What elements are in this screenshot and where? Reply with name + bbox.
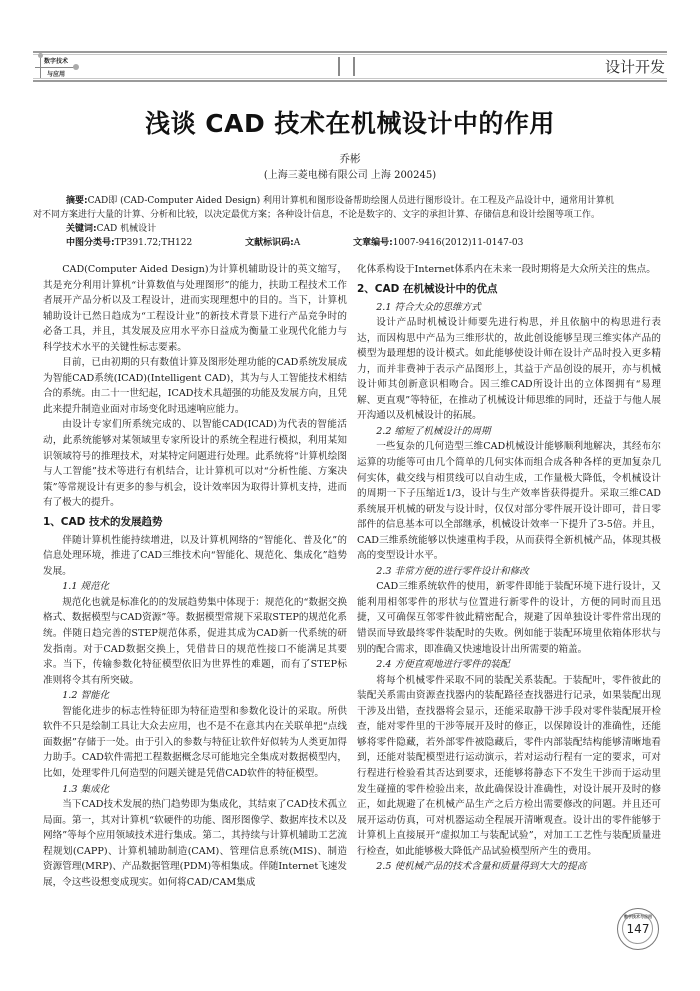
journal-name-line2: 与应用 [47, 69, 65, 78]
paragraph: 目前，已由初期的只有数值计算及图形处理功能的CAD系统发展成为智能CAD系统(I… [43, 355, 347, 417]
abstract-block: 摘要:CAD即 (CAD-Computer Aided Design) 利用计算… [33, 194, 667, 250]
paragraph: 当下CAD技术发展的热门趋势即为集成化，其结束了CAD技术孤立局面。第一，其对计… [43, 797, 347, 890]
body-column-left: CAD(Computer Aided Design)为计算机辅助设计的英文缩写，… [43, 262, 347, 890]
abstract-continued: 对不同方案进行大量的计算、分析和比较，以决定最优方案；各种设计信息，不论是数字的… [33, 208, 667, 222]
header-divider [338, 57, 340, 76]
keywords-text: CAD 机械设计 [97, 224, 156, 234]
clc-label: 中图分类号: [66, 238, 115, 248]
subsection-heading-1-1: 1.1 规范化 [43, 579, 347, 595]
article-title: 浅谈 CAD 技术在机械设计中的作用 [0, 104, 700, 140]
paragraph-continued: 化体系构设于Internet体系内在未来一段时期将是大众所关注的焦点。 [357, 262, 661, 278]
header-rule [33, 54, 667, 55]
subsection-heading-2-2: 2.2 缩短了机械设计的周期 [357, 424, 661, 440]
paragraph: CAD(Computer Aided Design)为计算机辅助设计的英文缩写，… [43, 262, 347, 355]
paragraph: 一些复杂的几何造型三维CAD机械设计能够顺利地解决，其经布尔运算的功能等可由几个… [357, 439, 661, 563]
subsection-heading-2-1: 2.1 符合大众的思维方式 [357, 300, 661, 316]
logo-dot-icon [38, 53, 43, 58]
paragraph: 智能化进步的标志性特征即为特征造型和参数化设计的采取。所供软件不只是绘制工具让大… [43, 704, 347, 782]
paragraph: CAD三维系统软件的使用，新零件即能于装配环境下进行设计，又能利用相邻零件的形状… [357, 579, 661, 657]
classification-row: 中图分类号:TP391.72;TH122 文献标识码:A 文章编号:1007-9… [33, 236, 667, 250]
abstract-label: 摘要: [66, 196, 88, 206]
page-number: 147 [618, 922, 658, 936]
doc-code-value: A [294, 238, 301, 248]
section-heading-2: 2、CAD 在机械设计中的优点 [357, 281, 661, 297]
affiliation: (上海三菱电梯有限公司 上海 200245) [0, 166, 700, 181]
keywords: 关键词:CAD 机械设计 [33, 222, 667, 236]
body-column-right: 化体系构设于Internet体系内在未来一段时期将是大众所关注的焦点。 2、CA… [357, 262, 661, 875]
paragraph: 伴随计算机性能持续增进，以及计算机网络的“智能化、普及化”的信息处理环境，推进了… [43, 533, 347, 580]
page-number-stamp: 数字技术与应用 147 [617, 908, 659, 950]
journal-logo: 数字技术 与应用 [35, 53, 95, 79]
header-rule [33, 51, 667, 53]
keywords-label: 关键词: [66, 224, 97, 234]
logo-line [35, 67, 75, 68]
doc-code-label: 文献标识码: [245, 238, 294, 248]
abstract: 摘要:CAD即 (CAD-Computer Aided Design) 利用计算… [33, 194, 667, 208]
header-divider [353, 57, 355, 76]
paragraph: 由设计专家们所系统完成的、以智能CAD(ICAD)为代表的智能活动，此系统能够对… [43, 417, 347, 510]
running-header: 数字技术 与应用 设计开发 [33, 51, 667, 81]
header-rule [33, 80, 667, 82]
journal-name-line1: 数字技术 [44, 56, 68, 65]
author: 乔彬 [0, 151, 700, 166]
section-label: 设计开发 [605, 56, 665, 77]
paragraph: 将每个机械零件采取不同的装配关系装配。于装配叶，零件彼此的装配关系需由资源查找器… [357, 673, 661, 860]
article-no-label: 文章编号: [353, 238, 393, 248]
section-heading-1: 1、CAD 技术的发展趋势 [43, 514, 347, 530]
paragraph: 设计产品时机械设计师要先进行构思，并且依脑中的构思进行表达，而因构思中产品为三维… [357, 315, 661, 424]
subsection-heading-1-2: 1.2 智能化 [43, 688, 347, 704]
subsection-heading-2-5: 2.5 使机械产品的技术含量和质量得到大大的提高 [357, 859, 661, 875]
logo-dot-icon [73, 64, 79, 70]
article-no-value: 1007-9416(2012)11-0147-03 [393, 238, 524, 248]
paragraph: 规范化也就是标准化的的发展趋势集中体现于：规范化的“数据交换格式、数据模型与CA… [43, 595, 347, 688]
abstract-text: CAD即 (CAD-Computer Aided Design) 利用计算机和图… [88, 196, 614, 206]
subsection-heading-2-3: 2.3 非常方便的进行零件设计和修改 [357, 564, 661, 580]
subsection-heading-2-4: 2.4 方便直观地进行零件的装配 [357, 657, 661, 673]
subsection-heading-1-3: 1.3 集成化 [43, 782, 347, 798]
header-rule [33, 78, 667, 79]
clc-value: TP391.72;TH122 [115, 238, 193, 248]
stamp-journal-text: 数字技术与应用 [618, 914, 658, 920]
